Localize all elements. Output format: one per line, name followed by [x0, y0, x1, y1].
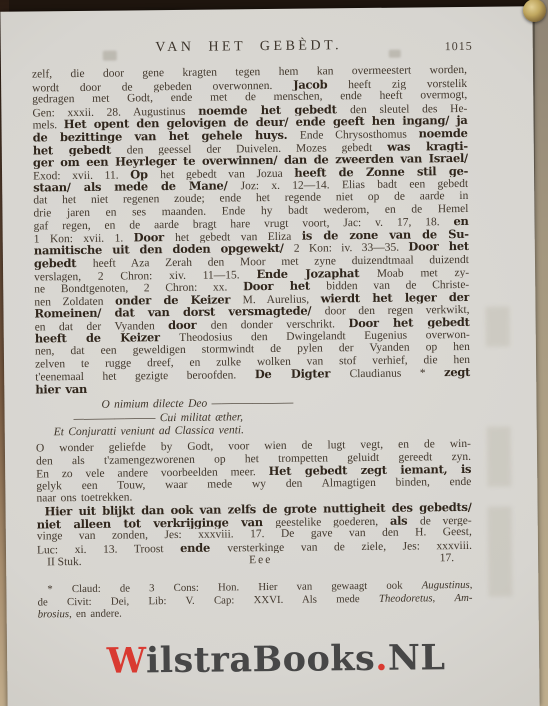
running-header: VAN HET GEBÈDT. 1015 — [31, 37, 467, 62]
book-page: VAN HET GEBÈDT. 1015 zelf, die door gene… — [0, 6, 539, 706]
text-segment: mels. — [32, 120, 63, 132]
text-segment: de verge- — [420, 514, 472, 527]
brass-stud — [523, 0, 546, 22]
text-segment: Door het — [243, 279, 326, 294]
volume-label: II Stuk. — [37, 556, 82, 568]
text-segment: Et Conjuratti veniunt ad Classica venti. — [54, 424, 244, 438]
text-segment: Augustinus — [422, 579, 470, 592]
watermark-dot: . — [375, 638, 388, 679]
text-segment: zegt — [444, 366, 470, 379]
text-segment: nen Zoldaten — [34, 295, 115, 307]
text-segment: , en andere. — [69, 607, 122, 620]
text-segment: door — [168, 317, 211, 331]
watermark-initial: W — [107, 640, 147, 681]
text-segment: ende — [180, 540, 227, 554]
text-segment: brosius — [38, 608, 70, 620]
body-paragraph-1: zelf, die door gene kragten tegen hem ka… — [32, 64, 470, 396]
text-segment: Am- — [454, 591, 472, 603]
text-segment: Luc: xi. 13. Troost — [37, 543, 180, 556]
text-segment: hier van — [35, 382, 87, 396]
book-photo: { "header": { "title": "VAN HET GEBÈDT."… — [0, 0, 548, 706]
bleed-through-mark — [488, 506, 513, 596]
watermark-middle: ilstraBooks — [146, 638, 376, 681]
page-title: VAN HET GEBÈDT. — [31, 37, 467, 58]
seller-watermark: WilstraBooks.NL — [95, 637, 457, 682]
text-segment: en — [453, 215, 468, 228]
latin-quote: O nimium dilecte Deo ———————————————— Cu… — [35, 395, 470, 439]
body-paragraph-2: O wonder geliefde by Godt, voor wien de … — [36, 438, 472, 506]
text-segment: het gebedt — [33, 142, 127, 157]
catchword-number: 17. — [440, 552, 472, 564]
gathering-mark: Eee — [82, 553, 440, 569]
text-segment: Op — [130, 167, 160, 181]
text-segment: ———————— Cui militat æther, — [74, 411, 243, 425]
text-segment: Theodoretus — [379, 592, 433, 605]
text-segment: naar ons toetrekken. — [36, 492, 132, 505]
watermark-tld: NL — [388, 637, 446, 679]
text-segment: Claudianus * — [349, 367, 444, 380]
text-segment: O nimium dilecte Deo ———————— — [101, 397, 293, 411]
text-segment: , — [470, 579, 473, 591]
footnote: * Claud: de 3 Cons: Hon. Hier van gewaag… — [37, 579, 472, 620]
text-segment: t'eenemaal het gezigte beroofden. — [35, 369, 255, 383]
text-segment: Door het — [408, 240, 469, 254]
text-segment: , — [432, 592, 454, 604]
text-segment: noemde — [418, 127, 467, 141]
text-segment: Door — [134, 230, 176, 244]
text-block: zelf, die door gene kragten tegen hem ka… — [32, 64, 473, 620]
text-segment: 1 Kon: xvii. 1. — [34, 232, 134, 245]
text-segment: De Digter — [255, 366, 350, 381]
text-segment: Exod: xvii. 11. — [33, 169, 130, 182]
page-number: 1015 — [445, 39, 473, 54]
text-segment: als — [390, 513, 420, 527]
text-segment: Jacob — [293, 77, 327, 91]
bleed-through-mark — [485, 306, 509, 346]
body-paragraph-3: Hier uit blijkt dan ook van zelfs de gro… — [37, 501, 473, 556]
bleed-through-mark — [487, 426, 512, 486]
text-segment: gebedt — [34, 256, 93, 270]
